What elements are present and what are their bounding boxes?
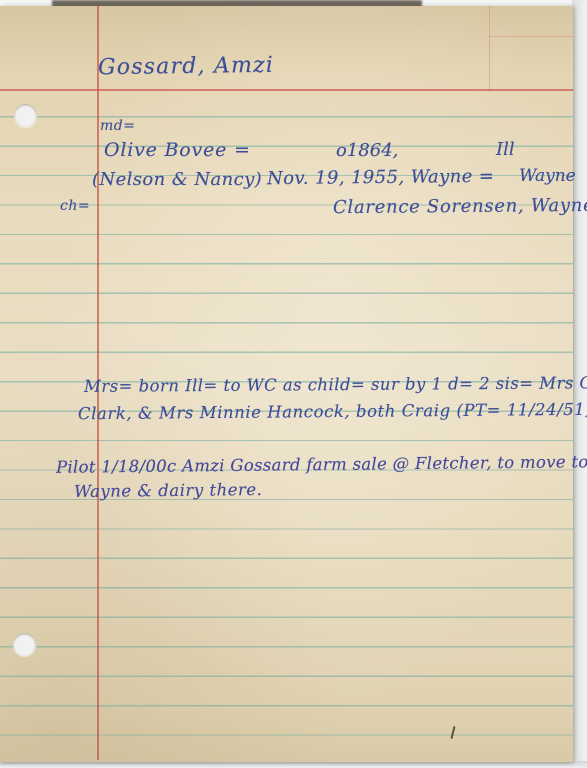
obituary-note-line-1: Mrs= born Ill= to WC as child= sur by 1 … xyxy=(84,373,587,396)
death-county: Wayne xyxy=(519,166,576,186)
bleed-through-vertical-line xyxy=(489,6,490,92)
marriage-shorthand-label: md= xyxy=(100,118,135,134)
spouse-name: Olive Bovee = xyxy=(104,139,251,161)
newspaper-note-line-2: Wayne & dairy there. xyxy=(74,480,263,501)
header-rule-line xyxy=(0,89,573,91)
bleed-through-horizontal-line xyxy=(489,36,573,37)
surname-heading: Gossard, Amzi xyxy=(98,53,274,80)
children-shorthand-label: ch= xyxy=(60,198,90,214)
death-date-place: Nov. 19, 1955, Wayne = xyxy=(267,166,495,189)
hole-punch-top xyxy=(14,104,37,127)
spouse-parents: (Nelson & Nancy) xyxy=(92,169,262,190)
birth-year: o1864, xyxy=(336,140,398,161)
birth-state: Ill xyxy=(496,139,515,160)
child-name: Clarence Sorensen, Wayne xyxy=(333,195,587,218)
hole-punch-bottom xyxy=(13,633,36,656)
scan-background-bottom xyxy=(0,761,587,768)
